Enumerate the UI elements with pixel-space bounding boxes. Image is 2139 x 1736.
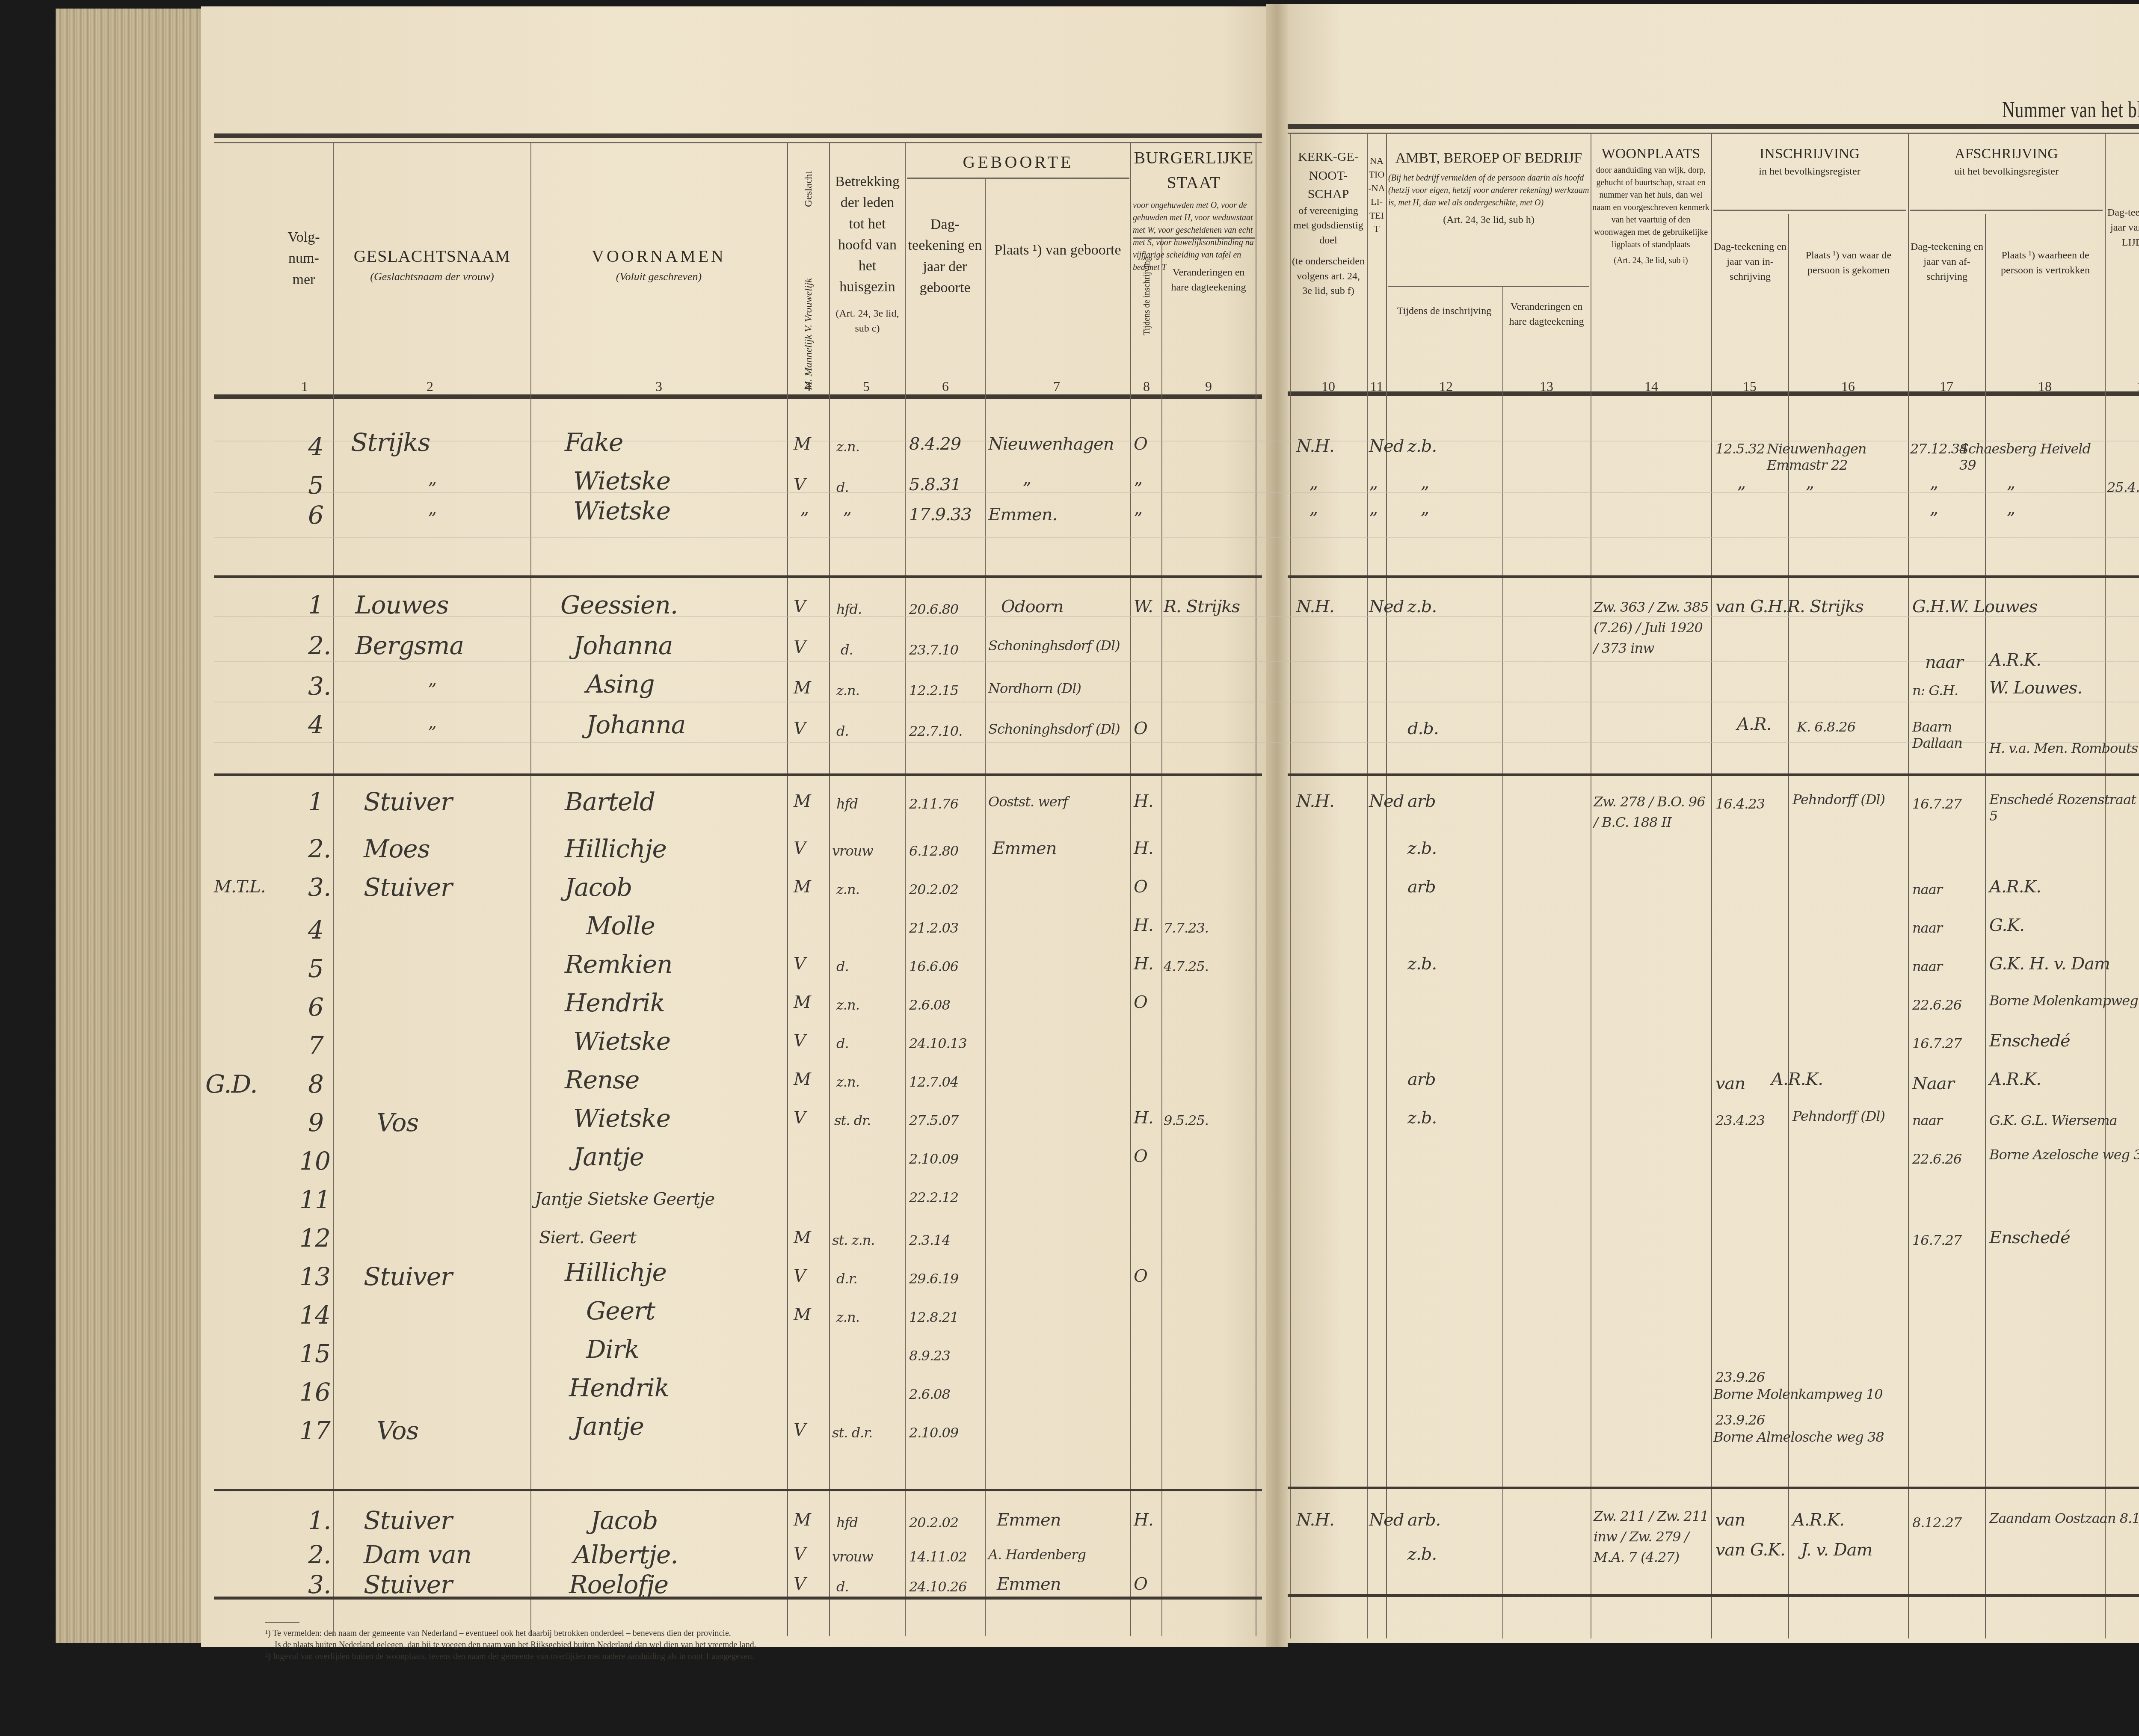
birth-place: Nordhorn (Dl): [988, 680, 1081, 696]
deregistration-to: Schaesberg Heiveld 39: [1959, 441, 2105, 473]
volgnummer: 3.: [308, 672, 331, 701]
col-number: 11: [1364, 379, 1389, 394]
given-names: Remkien: [565, 950, 672, 979]
header-col10: KERK-GE-NOOT-SCHAPof vereeniging met god…: [1292, 148, 1365, 299]
header-geboorte: GEBOORTE: [907, 150, 1129, 175]
relation: d.: [836, 723, 849, 739]
ruled-line: [214, 702, 2139, 702]
relation: d.: [836, 479, 849, 495]
volgnummer: 6: [308, 992, 323, 1022]
birth-place: A. Hardenberg: [988, 1546, 1086, 1563]
col-number: 15: [1737, 379, 1763, 394]
header-col4: Geslacht: [789, 171, 828, 207]
surname: Moes: [364, 834, 430, 863]
sex: V: [794, 1266, 806, 1286]
civil-status: O: [1134, 719, 1147, 738]
sex: M: [794, 678, 811, 698]
given-names: Geert: [586, 1296, 655, 1325]
col-number: 10: [1315, 379, 1341, 394]
volgnummer: 5: [308, 471, 323, 500]
relation: st. z.n.: [832, 1232, 874, 1248]
nationality: ”: [1369, 509, 1377, 529]
volgnummer: 17: [299, 1416, 330, 1445]
registration-from: Nieuwenhagen Emmastr 22: [1767, 441, 1908, 473]
registration-date: van: [1715, 1074, 1745, 1093]
given-names: Hendrik: [569, 1373, 669, 1402]
surname: ”: [428, 723, 436, 743]
registration-from: Borne Almelosche weg 38: [1713, 1429, 1906, 1445]
birth-date: 20.2.02: [909, 1514, 958, 1531]
surname: ”: [428, 509, 436, 529]
relation: z.n.: [836, 997, 859, 1013]
given-names: Jacob: [565, 873, 632, 902]
volgnummer: 2.: [308, 1540, 331, 1569]
volgnummer: 6: [308, 501, 323, 530]
deregistration-date: ”: [1929, 483, 1938, 503]
deregistration-date: 16.7.27: [1912, 1232, 1961, 1248]
address: Zw. 211 / Zw. 211 inw / Zw. 279 / M.A. 7…: [1594, 1506, 1709, 1567]
civil-status: W.: [1134, 597, 1153, 616]
birth-date: 14.11.02: [909, 1549, 967, 1565]
given-names: Fake: [565, 428, 623, 457]
birth-date: 29.6.19: [909, 1271, 958, 1287]
birth-date: 5.8.31: [909, 475, 961, 495]
occupation: z.b.: [1407, 1108, 1437, 1128]
volgnummer: 16: [299, 1378, 330, 1407]
household-divider: [1288, 575, 2139, 578]
occupation: arb: [1407, 1069, 1436, 1089]
deregistration-date: naar: [1925, 652, 1963, 672]
col-number: 3: [646, 379, 672, 394]
volgnummer: 1: [308, 787, 323, 816]
surname: Dam van: [364, 1540, 471, 1569]
birth-date: 21.2.03: [909, 920, 958, 936]
address: Zw. 363 / Zw. 385 (7.26) / Juli 1920 / 3…: [1594, 597, 1709, 658]
col-divider: [1711, 133, 1712, 1638]
book-page-edges: [56, 9, 201, 1643]
relation: vrouw: [832, 1549, 873, 1565]
inschrijving-underline: [1713, 210, 1906, 211]
church: N.H.: [1296, 1510, 1334, 1530]
sex: M: [794, 1069, 811, 1089]
birth-date: 24.10.13: [909, 1035, 967, 1052]
registration-date: 12.5.32: [1715, 441, 1765, 457]
surname: Strijks: [351, 428, 430, 457]
relation: z.n.: [836, 1074, 859, 1090]
col-number: 12: [1433, 379, 1459, 394]
deregistration-to: A.R.K.: [1989, 1069, 2041, 1089]
relation: z.n.: [836, 881, 859, 898]
civil-change: 7.7.23.: [1164, 920, 1209, 936]
given-names: Dirk: [586, 1335, 639, 1364]
sex: M: [794, 877, 811, 897]
margin-note: M.T.L.: [214, 877, 265, 897]
relation: ”: [843, 509, 851, 529]
nationality: Ned: [1369, 436, 1404, 456]
relation: hfd: [836, 1514, 858, 1531]
surname: Stuiver: [364, 1262, 452, 1291]
deregistration-date: naar: [1912, 920, 1942, 936]
civil-status: H.: [1134, 838, 1153, 858]
given-names: Hendrik: [565, 988, 665, 1017]
sex: V: [794, 1574, 806, 1594]
col-number: 9: [1196, 379, 1221, 394]
birth-date: 22.2.12: [909, 1189, 958, 1206]
col-number: 4: [795, 379, 821, 394]
table-bottom-rule: [1288, 1594, 2139, 1597]
birth-place: Emmen.: [988, 505, 1057, 524]
sex: M: [794, 1305, 811, 1324]
header-inschrijving: INSCHRIJVINGin het bevolkingsregister: [1713, 143, 1906, 179]
given-names: Siert. Geert: [539, 1228, 636, 1247]
volgnummer: 4: [308, 432, 323, 461]
registration-from: ”: [1805, 483, 1813, 503]
registration-from: Pehndorff (Dl): [1792, 791, 1908, 808]
occupation: ”: [1420, 483, 1428, 503]
volgnummer: 4: [308, 915, 323, 945]
deregistration-date: naar: [1912, 958, 1942, 975]
col-number: 19: [2130, 379, 2139, 394]
footnote-2: ²) Ingeval van overlijden buiten de woon…: [265, 1651, 756, 1662]
civil-status: H.: [1134, 954, 1153, 974]
header-col11: NATIO-NALI-TEIT: [1368, 154, 1385, 236]
birth-date: 12.2.15: [909, 682, 958, 699]
volgnummer: 3.: [308, 1570, 331, 1599]
volgnummer: 3.: [308, 873, 331, 902]
given-names: Asing: [586, 670, 655, 699]
deregistration-to: Borne Azelosche weg 38: [1989, 1146, 2139, 1163]
header-col19: Dag-teekening en jaar van OVER-LIJDEN ²): [2107, 205, 2139, 250]
deregistration-to: G.H.W. Louwes: [1912, 597, 2037, 616]
deregistration-date: 16.7.27: [1912, 1035, 1961, 1052]
col-divider: [333, 143, 334, 1636]
footnote-rule: [265, 1622, 299, 1623]
header-col1: Volg- num- mer: [265, 227, 342, 290]
ambt-underline: [1388, 286, 1589, 287]
birth-date: 8.9.23: [909, 1348, 950, 1364]
col-divider: [1161, 237, 1162, 1636]
birth-place: Nieuwenhagen: [988, 434, 1114, 454]
occupation: z.b.: [1407, 597, 1437, 616]
registration-from: J. v. Dam: [1801, 1540, 1872, 1560]
footnote-1: ¹) Te vermelden: den naam der gemeente v…: [265, 1628, 756, 1639]
sex: M: [794, 992, 811, 1012]
registration-from: Pehndorff (Dl): [1792, 1108, 1908, 1124]
civil-status: O: [1134, 1266, 1147, 1286]
deregistration-date: naar: [1912, 1112, 1942, 1129]
deregistration-date: 22.6.26: [1912, 997, 1961, 1013]
header-bottom-rule-right: [1288, 391, 2139, 396]
sex: M: [794, 791, 811, 811]
header-col9: Veranderingen en hare dagteekening: [1164, 265, 1253, 295]
relation: d.: [836, 1579, 849, 1595]
header-col15: Dag-teekening en jaar van in-schrijving: [1713, 240, 1787, 284]
volgnummer: 2.: [308, 834, 331, 863]
header-ambt: AMBT, BEROEP OF BEDRIJF(Bij het bedrijf …: [1388, 148, 1589, 228]
sex: M: [794, 1228, 811, 1247]
given-names: Wietske: [573, 1027, 670, 1056]
col-divider: [1386, 133, 1387, 1638]
header-top-rule-thin: [214, 142, 1262, 143]
nationality: Ned: [1369, 1510, 1404, 1530]
given-names: Jacob: [590, 1506, 658, 1535]
birth-place: Emmen: [997, 1510, 1061, 1530]
birth-date: 20.2.02: [909, 881, 958, 898]
sex: V: [794, 1108, 806, 1128]
sex: V: [794, 475, 806, 495]
surname: Bergsma: [355, 631, 464, 660]
volgnummer: 9: [308, 1108, 323, 1137]
church: ”: [1309, 483, 1317, 503]
occupation: z.b.: [1407, 1544, 1437, 1564]
household-divider: [1288, 1487, 2139, 1489]
footnotes: ¹) Te vermelden: den naam der gemeente v…: [265, 1628, 756, 1662]
col-number: 8: [1134, 379, 1159, 394]
deregistration-date: n: G.H.: [1912, 682, 1958, 699]
header-col4-sub: M. Mannelijk V. Vrouwelijk: [789, 278, 828, 390]
civil-status: H.: [1134, 791, 1153, 811]
header-col5: Betrekking der leden tot het hoofd van h…: [832, 171, 903, 336]
registration-from: K. 6.8.26: [1797, 719, 1855, 735]
occupation: z.b.: [1407, 436, 1437, 456]
relation: vrouw: [832, 843, 873, 859]
deregistration-to: ”: [2006, 483, 2015, 503]
header-col14: WOONPLAATSdoor aanduiding van wijk, dorp…: [1592, 143, 1709, 267]
surname: Stuiver: [364, 1570, 452, 1599]
deregistration-to: A.R.K.: [1989, 650, 2041, 670]
occupation: arb.: [1407, 1510, 1440, 1530]
col-divider: [530, 143, 531, 1636]
header-col8: Tijdens de inschrijving: [1134, 257, 1160, 335]
birth-date: 22.7.10.: [909, 723, 962, 739]
volgnummer: 10: [299, 1146, 330, 1176]
relation: hfd.: [836, 601, 862, 617]
registration-date: 16.4.23: [1715, 796, 1765, 812]
sex: V: [794, 838, 806, 858]
deregistration-to: ”: [2006, 509, 2015, 529]
civil-change: 4.7.25.: [1164, 958, 1209, 975]
registration-from: Borne Molenkampweg 10: [1713, 1386, 1906, 1402]
birth-place: Oostst. werf: [988, 794, 1068, 810]
registration-date: A.R.: [1737, 714, 1771, 734]
col-divider: [1985, 214, 1986, 1638]
nationality: Ned: [1369, 597, 1404, 616]
deregistration-to: Enschedé: [1989, 1228, 2070, 1247]
civil-status: O: [1134, 1146, 1147, 1166]
birth-date: 2.10.09: [909, 1151, 958, 1167]
volgnummer: 15: [299, 1339, 330, 1368]
household-divider: [214, 1489, 1262, 1491]
volgnummer: 12: [299, 1223, 330, 1253]
birth-place: Schoninghsdorf (Dl): [988, 637, 1129, 654]
sex: V: [794, 954, 806, 974]
sex: M: [794, 1510, 811, 1530]
birth-date: 2.11.76: [909, 796, 958, 812]
col-number: 16: [1835, 379, 1861, 394]
civil-status: O: [1134, 992, 1147, 1012]
deregistration-to: Borne Molenkampweg 10: [1989, 992, 2139, 1009]
deregistration-date: Naar: [1912, 1074, 1954, 1093]
birth-date: 2.10.09: [909, 1425, 958, 1441]
deregistration-date: naar: [1912, 881, 1942, 898]
nationality: ”: [1369, 483, 1377, 503]
surname: Louwes: [355, 590, 449, 619]
volgnummer: 13: [299, 1262, 330, 1291]
relation: d.: [841, 642, 853, 658]
book-gutter: [1266, 4, 1288, 1647]
registration-from: A.R.K.: [1771, 1069, 1823, 1089]
surname: Vos: [376, 1416, 418, 1445]
birth-date: 2.6.08: [909, 997, 950, 1013]
civil-status: H.: [1134, 1108, 1153, 1128]
margin-note: G.D.: [205, 1069, 258, 1099]
col-number: 18: [2032, 379, 2058, 394]
header-top-rule-right: [1288, 124, 2139, 129]
col-number: 13: [1534, 379, 1559, 394]
birth-place: Odoorn: [1001, 597, 1063, 616]
volgnummer: 1: [308, 590, 323, 619]
relation: st. dr.: [834, 1112, 871, 1129]
given-names: Jantje: [573, 1412, 644, 1441]
surname: Vos: [376, 1108, 418, 1137]
deregistration-date: 16.7.27: [1912, 796, 1961, 812]
col-divider: [1788, 214, 1789, 1638]
birth-date: 23.7.10: [909, 642, 958, 658]
relation: d.: [836, 1035, 849, 1052]
given-names: Hillichje: [565, 834, 667, 863]
civil-change: 9.5.25.: [1164, 1112, 1209, 1129]
footnote-1-cont: Is de plaats buiten Nederland gelegen, d…: [265, 1639, 756, 1651]
given-names: Barteld: [565, 787, 655, 816]
given-names: Johanna: [586, 710, 685, 739]
given-names: Wietske: [573, 496, 670, 525]
surname: Stuiver: [364, 1506, 452, 1535]
relation: z.n.: [836, 1309, 859, 1325]
afschrijving-underline: [1910, 210, 2103, 211]
civil-status: ”: [1134, 479, 1142, 499]
birth-place: Emmen: [997, 1574, 1061, 1594]
col-divider: [1367, 133, 1368, 1638]
registration-date: 23.4.23: [1715, 1112, 1765, 1129]
volgnummer: 2.: [308, 631, 331, 660]
deregistration-to: W. Louwes.: [1989, 678, 2082, 698]
header-col18: Plaats ¹) waarheen de persoon is vertrok…: [1987, 248, 2103, 278]
ruled-line: [214, 742, 2139, 743]
deregistration-to: H. v.a. Men. Rombouts: [1989, 740, 2138, 756]
occupation: arb: [1407, 791, 1436, 811]
occupation: ”: [1420, 509, 1428, 529]
sex: V: [794, 1544, 806, 1564]
registration-from: van G.H.R. Strijks: [1715, 597, 1863, 616]
sex: ”: [800, 509, 808, 529]
volgnummer: 1.: [308, 1506, 331, 1535]
header-col7: Plaats ¹) van geboorte: [988, 240, 1127, 261]
header-col13: Veranderingen en hare dagteekening: [1504, 299, 1589, 329]
relation: z.n.: [836, 682, 859, 699]
col-divider: [829, 143, 830, 1636]
sex: V: [794, 637, 806, 657]
deregistration-date: 22.6.26: [1912, 1151, 1961, 1167]
household-divider: [1288, 773, 2139, 776]
church: N.H.: [1296, 436, 1334, 456]
given-names: Wietske: [573, 1104, 670, 1133]
civil-status: H.: [1134, 1510, 1153, 1530]
nationality: Ned: [1369, 791, 1404, 811]
volgnummer: 14: [299, 1301, 330, 1330]
birth-date: 27.5.07: [909, 1112, 958, 1129]
given-names: Geessien.: [560, 590, 678, 619]
ruled-line: [214, 492, 2139, 493]
surname: Stuiver: [364, 787, 452, 816]
col-number: 14: [1638, 379, 1664, 394]
relation: d.r.: [836, 1271, 857, 1287]
deregistration-to: Zaandam Oostzaan 8.16: [1989, 1510, 2139, 1526]
col-number: 1: [292, 379, 317, 394]
registration-date: ”: [1737, 483, 1745, 503]
col-divider: [1591, 133, 1591, 1638]
civil-status: ”: [1134, 509, 1142, 529]
occupation: d.b.: [1407, 719, 1439, 738]
birth-date: 17.9.33: [909, 505, 972, 524]
volgnummer: 5: [308, 954, 323, 983]
ruled-line: [214, 537, 2139, 538]
deregistration-date: Baarn Dallaan: [1912, 719, 1985, 751]
surname: ”: [428, 680, 436, 700]
church: ”: [1309, 509, 1317, 529]
col-number: 7: [1044, 379, 1069, 394]
birth-place: Schoninghsdorf (Dl): [988, 721, 1129, 737]
civil-status: O: [1134, 1574, 1147, 1594]
surname: Stuiver: [364, 873, 452, 902]
volgnummer: 8: [308, 1069, 323, 1099]
given-names: Jantje Sietske Geertje: [535, 1189, 714, 1209]
given-names: Rense: [565, 1065, 639, 1094]
col-number: 17: [1934, 379, 1959, 394]
relation: d.: [836, 958, 849, 975]
header-bottom-rule: [214, 394, 1262, 399]
deregistration-to: G.K. G.L. Wiersema: [1989, 1112, 2117, 1129]
col-divider: [1256, 143, 1256, 1636]
civil-change: R. Strijks: [1164, 597, 1240, 616]
col-number: 5: [853, 379, 879, 394]
sex: V: [794, 597, 806, 616]
col-divider: [1290, 133, 1291, 1638]
occupation: z.b.: [1407, 954, 1437, 974]
given-names: Albertje.: [573, 1540, 678, 1569]
deregistration-date: ”: [1929, 509, 1938, 529]
registration-date: van: [1715, 1510, 1745, 1530]
birth-date: 2.3.14: [909, 1232, 950, 1248]
birth-date: 8.4.29: [909, 434, 961, 454]
header-col12: Tijdens de inschrijving: [1388, 304, 1500, 319]
given-names: Jantje: [573, 1142, 644, 1171]
civil-status: O: [1134, 434, 1147, 454]
page-number-label: Nummer van het blad: [2002, 98, 2139, 123]
volgnummer: 11: [299, 1185, 330, 1214]
deregistration-to: G.K. H. v. Dam: [1989, 954, 2110, 974]
deregistration-date: 8.12.27: [1912, 1514, 1961, 1531]
sex: V: [794, 1420, 806, 1440]
ruled-line: [214, 661, 2139, 662]
sex: M: [794, 434, 811, 454]
church: N.H.: [1296, 597, 1334, 616]
birth-date: 2.6.08: [909, 1386, 950, 1402]
given-names: Molle: [586, 911, 655, 940]
given-names: Johanna: [573, 631, 673, 660]
relation: hfd: [836, 796, 858, 812]
registration-date: van G.K.: [1715, 1540, 1785, 1560]
header-col6: Dag-teekening en jaar der geboorte: [907, 214, 983, 298]
